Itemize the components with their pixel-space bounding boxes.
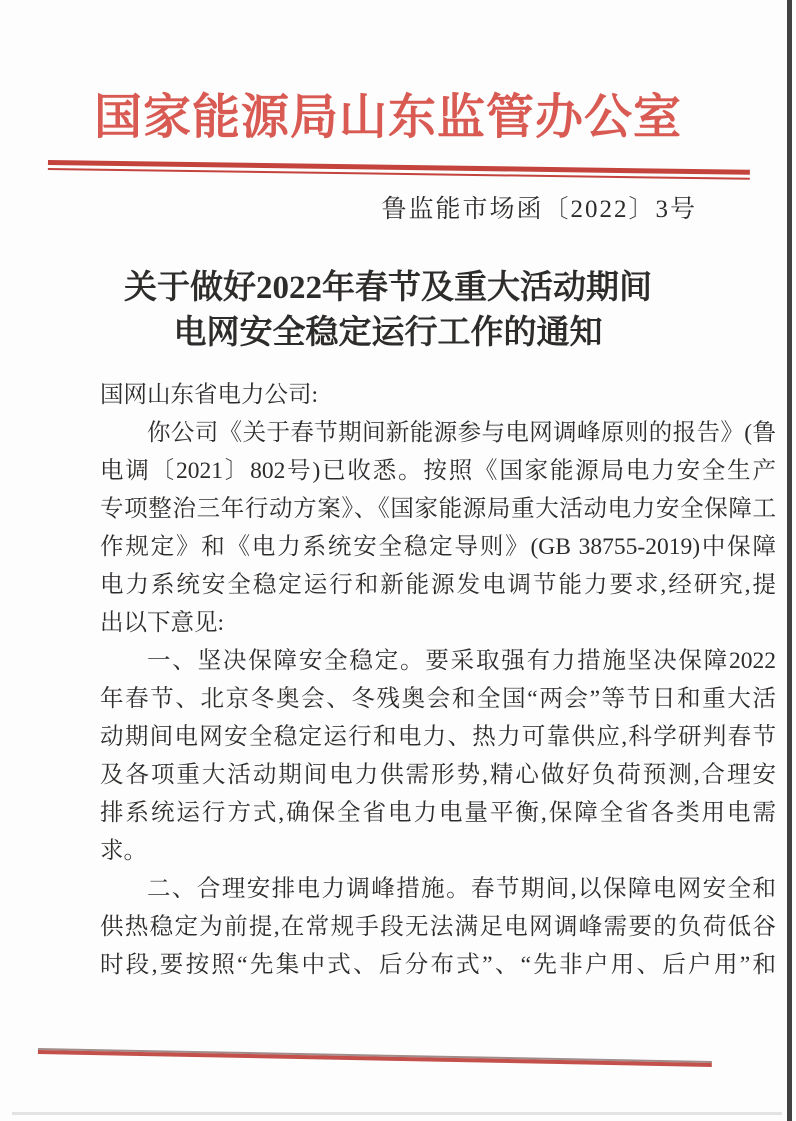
document-page: 国家能源局山东监管办公室 鲁监能市场函〔2022〕3号 关于做好2022年春节及… (0, 0, 796, 1121)
body-line: 电力系统安全稳定运行和新能源发电调节能力要求,经研究,提 (100, 566, 776, 604)
body-line: 及各项重大活动期间电力供需形势,精心做好负荷预测,合理安 (100, 756, 776, 794)
scan-edge-artifact-right (787, 0, 792, 1121)
body-line: 时段,要按照“先集中式、后分布式”、“先非户用、后户用”和 (100, 946, 776, 984)
body-line: 一、坚决保障安全稳定。要采取强有力措施坚决保障2022 (100, 642, 776, 680)
body-line: 动期间电网安全稳定运行和电力、热力可靠供应,科学研判春节 (100, 718, 776, 756)
agency-masthead: 国家能源局山东监管办公室 (0, 87, 776, 149)
body-line: 专项整治三年行动方案》、《国家能源局重大活动电力安全保障工 (100, 490, 776, 528)
footer-divider (38, 1048, 712, 1067)
document-body: 国网山东省电力公司: 你公司《关于春节期间新能源参与电网调峰原则的报告》(鲁 电… (100, 376, 776, 984)
document-title-line-1: 关于做好2022年春节及重大活动期间 (40, 266, 736, 311)
header-divider (48, 160, 750, 180)
body-line: 供热稳定为前提,在常规手段无法满足电网调峰需要的负荷低谷 (100, 908, 776, 946)
body-line: 电调〔2021〕802号)已收悉。按照《国家能源局电力安全生产 (100, 452, 776, 490)
body-line: 求。 (100, 832, 776, 870)
salutation-line: 国网山东省电力公司: (100, 376, 776, 414)
body-line: 你公司《关于春节期间新能源参与电网调峰原则的报告》(鲁 (100, 414, 776, 452)
body-line: 出以下意见: (100, 604, 776, 642)
body-line: 作规定》和《电力系统安全稳定导则》(GB 38755-2019)中保障 (100, 528, 776, 566)
document-number: 鲁监能市场函〔2022〕3号 (381, 193, 697, 227)
body-line: 年春节、北京冬奥会、冬残奥会和全国“两会”等节日和重大活 (100, 680, 776, 718)
body-line: 二、合理安排电力调峰措施。春节期间,以保障电网安全和 (100, 870, 776, 908)
document-title-line-2: 电网安全稳定运行工作的通知 (40, 311, 736, 356)
body-line: 排系统运行方式,确保全省电力电量平衡,保障全省各类用电需 (100, 794, 776, 832)
document-title: 关于做好2022年春节及重大活动期间 电网安全稳定运行工作的通知 (40, 266, 736, 356)
scan-edge-artifact-bottom (12, 1112, 782, 1115)
